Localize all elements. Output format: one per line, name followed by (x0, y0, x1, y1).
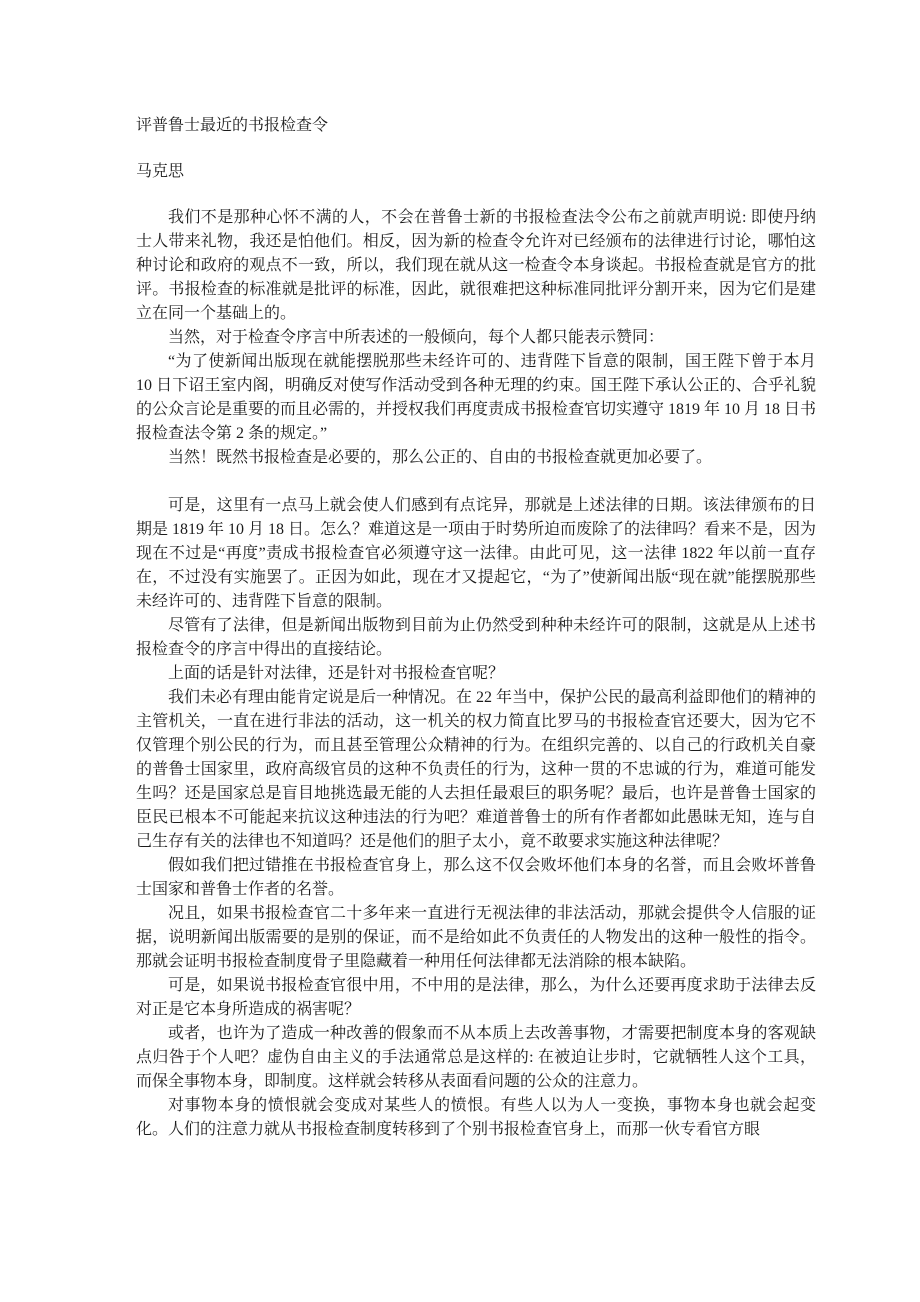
document-section-2: 可是，这里有一点马上就会使人们感到有点诧异，那就是上述法律的日期。该法律颁布的日… (136, 494, 816, 1142)
paragraph: 可是，如果说书报检查官很中用，不中用的是法律，那么，为什么还要再度求助于法律去反… (136, 974, 816, 1022)
paragraph: 可是，这里有一点马上就会使人们感到有点诧异，那就是上述法律的日期。该法律颁布的日… (136, 494, 816, 614)
paragraph: 当然，对于检查令序言中所表述的一般倾向，每个人都只能表示赞同： (136, 326, 816, 350)
paragraph: 假如我们把过错推在书报检查官身上，那么这不仅会败坏他们本身的名誉，而且会败坏普鲁… (136, 854, 816, 902)
author-name: 马克思 (136, 160, 816, 184)
paragraph: 尽管有了法律，但是新闻出版物到目前为止仍然受到种种未经许可的限制，这就是从上述书… (136, 614, 816, 662)
paragraph: 或者，也许为了造成一种改善的假象而不从本质上去改善事物，才需要把制度本身的客观缺… (136, 1022, 816, 1094)
paragraph: 况且，如果书报检查官二十多年来一直进行无视法律的非法活动，那就会提供令人信服的证… (136, 902, 816, 974)
paragraph: 上面的话是针对法律，还是针对书报检查官呢？ (136, 662, 816, 686)
paragraph: 我们未必有理由能肯定说是后一种情况。在 22 年当中，保护公民的最高利益即他们的… (136, 686, 816, 854)
paragraph: “为了使新闻出版现在就能摆脱那些未经许可的、违背陛下旨意的限制，国王陛下曾于本月… (136, 350, 816, 446)
document-section-1: 我们不是那种心怀不满的人，不会在普鲁士新的书报检查法令公布之前就声明说: 即使丹… (136, 206, 816, 470)
document-page: 评普鲁士最近的书报检查令 马克思 我们不是那种心怀不满的人，不会在普鲁士新的书报… (0, 0, 920, 1302)
paragraph: 我们不是那种心怀不满的人，不会在普鲁士新的书报检查法令公布之前就声明说: 即使丹… (136, 206, 816, 326)
paragraph: 对事物本身的愤恨就会变成对某些人的愤恨。有些人以为人一变换，事物本身也就会起变化… (136, 1094, 816, 1142)
paragraph: 当然！既然书报检查是必要的，那么公正的、自由的书报检查就更加必要了。 (136, 446, 816, 470)
document-title: 评普鲁士最近的书报检查令 (136, 114, 816, 138)
